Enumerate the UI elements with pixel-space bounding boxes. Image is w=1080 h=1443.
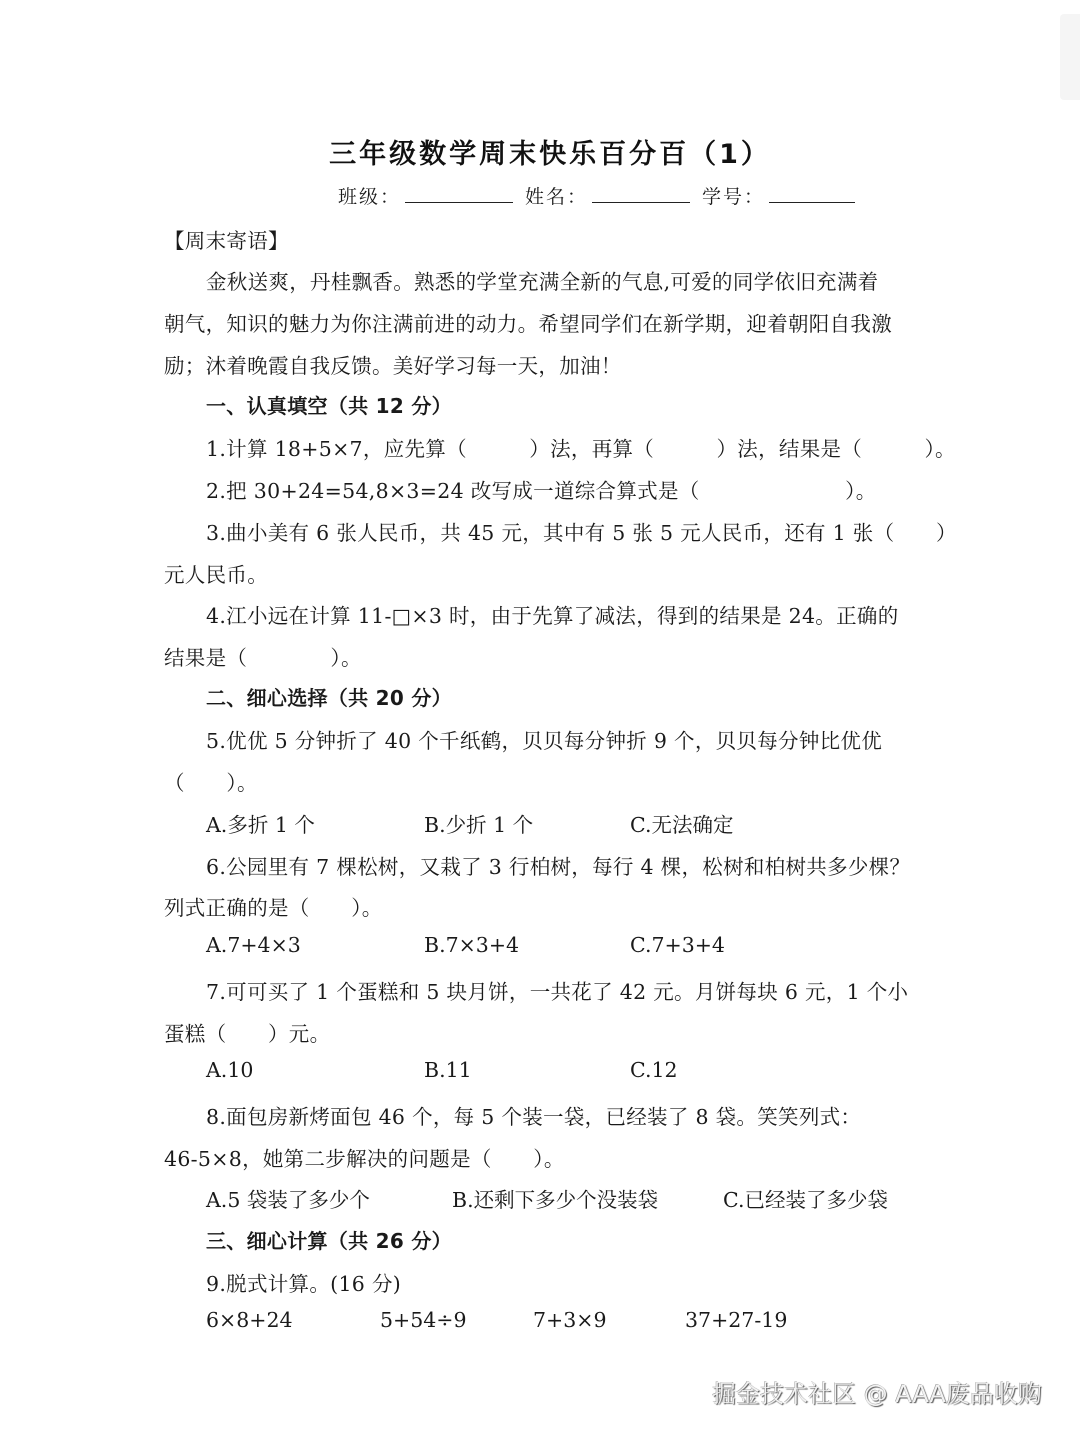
option-c[interactable]: C.无法确定 [630,808,733,838]
class-blank[interactable] [405,184,513,203]
option-c[interactable]: C.12 [630,1058,678,1082]
name-label: 姓名： [525,182,588,209]
watermark: 掘金技术社区 @ AAA废品收购 [712,1374,1042,1409]
option-c[interactable]: C.已经装了多少袋 [723,1183,888,1213]
question-line: 蛋糕（ ）元。 [164,1017,330,1047]
option-b[interactable]: B.还剩下多少个没装袋 [452,1183,658,1213]
message-heading: 【周末寄语】 [164,224,289,254]
question-line: 6.公园里有 7 棵松树，又栽了 3 行柏树，每行 4 棵，松树和柏树共多少棵？ [206,850,910,880]
question-line: 3.曲小美有 6 张人民币，共 45 元，其中有 5 张 5 元人民币，还有 1… [206,516,957,546]
question-line: （ ）。 [164,766,258,796]
section-heading: 二、细心选择（共 20 分） [206,682,452,711]
section-heading: 三、细心计算（共 26 分） [206,1225,452,1254]
question-line: 9.脱式计算。(16 分) [206,1267,401,1297]
expression: 37+27-19 [685,1308,787,1332]
option-a[interactable]: A.多折 1 个 [206,808,315,838]
expression: 5+54÷9 [380,1308,467,1332]
option-c[interactable]: C.7+3+4 [630,933,725,957]
worksheet-title: 三年级数学周末快乐百分百（1） [0,132,1080,171]
option-a[interactable]: A.10 [206,1058,253,1082]
question-line: 46-5×8，她第二步解决的问题是（ ）。 [164,1142,565,1172]
question-line: 5.优优 5 分钟折了 40 个千纸鹤，贝贝每分钟折 9 个，贝贝每分钟比优优 [206,724,882,754]
option-a[interactable]: A.5 袋装了多少个 [206,1183,370,1213]
student-id-label: 学号： [702,182,765,209]
option-a[interactable]: A.7+4×3 [206,933,301,957]
student-info-row: 班级： 姓名： 学号： [338,182,867,209]
question-line: 7.可可买了 1 个蛋糕和 5 块月饼，一共花了 42 元。月饼每块 6 元，1… [206,975,908,1005]
question-line: 8.面包房新烤面包 46 个，每 5 个装一袋，已经装了 8 袋。笑笑列式： [206,1100,861,1130]
question-line: 2.把 30+24=54,8×3=24 改写成一道综合算式是（ ）。 [206,474,877,504]
question-line: 1.计算 18+5×7，应先算（ ）法，再算（ ）法，结果是（ ）。 [206,432,956,462]
option-b[interactable]: B.7×3+4 [424,933,519,957]
message-line: 金秋送爽，丹桂飘香。熟悉的学堂充满全新的气息,可爱的同学依旧充满着 [206,265,878,295]
expression: 7+3×9 [533,1308,606,1332]
section-heading: 一、认真填空（共 12 分） [206,390,452,419]
expression: 6×8+24 [206,1308,293,1332]
name-blank[interactable] [592,184,690,203]
question-line: 元人民币。 [164,558,268,588]
option-b[interactable]: B.11 [424,1058,472,1082]
message-line: 励；沐着晚霞自我反馈。美好学习每一天，加油！ [164,349,622,379]
class-label: 班级： [338,182,401,209]
question-line: 结果是（ ）。 [164,641,362,671]
option-b[interactable]: B.少折 1 个 [424,808,533,838]
student-id-blank[interactable] [769,184,855,203]
side-panel-tab[interactable] [1060,14,1080,100]
question-line: 列式正确的是（ ）。 [164,891,383,921]
question-line: 4.江小远在计算 11-□×3 时，由于先算了减法，得到的结果是 24。正确的 [206,599,899,629]
message-line: 朝气，知识的魅力为你注满前进的动力。希望同学们在新学期，迎着朝阳自我激 [164,307,892,337]
